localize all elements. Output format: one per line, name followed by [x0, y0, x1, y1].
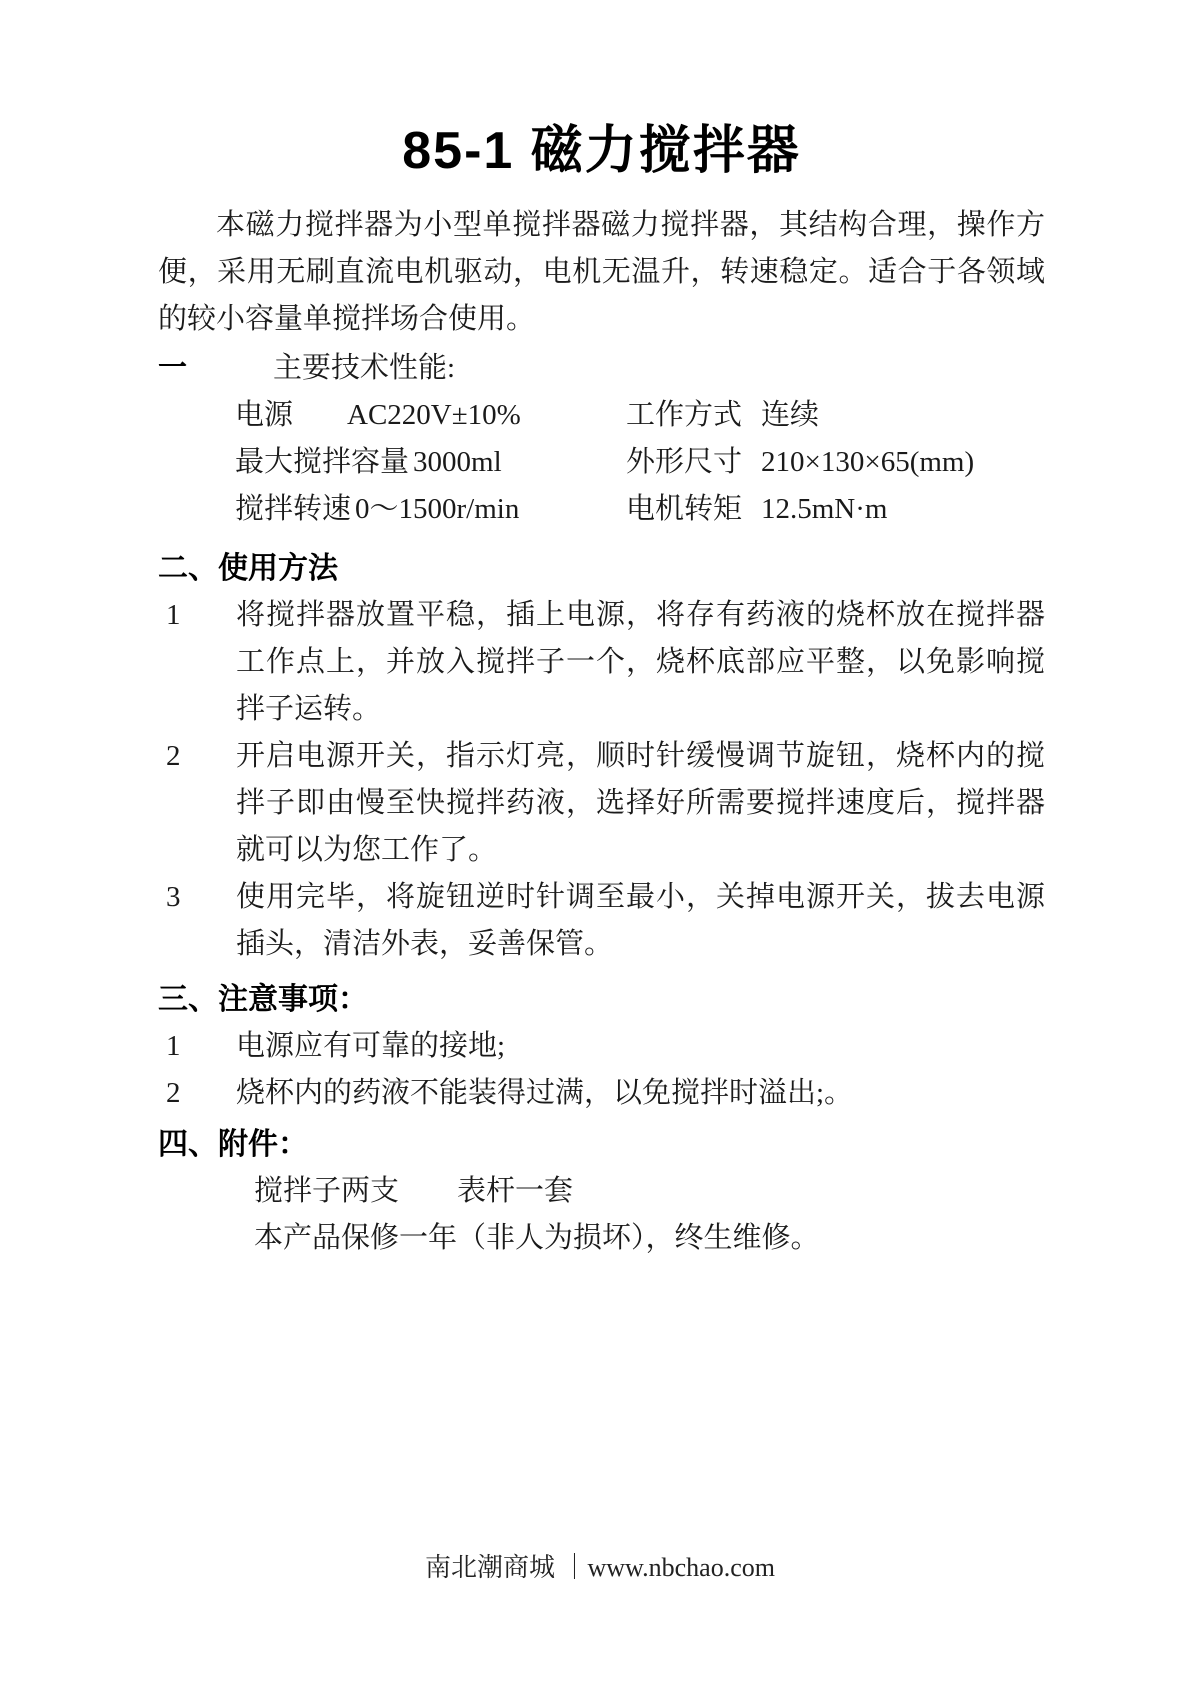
document-content: 85-1 磁力搅拌器 本磁力搅拌器为小型单搅拌器磁力搅拌器，其结构合理，操作方便… [158, 0, 1045, 1262]
item-number: 1 [166, 1023, 181, 1070]
section-usage-heading: 二、使用方法 [158, 545, 1045, 592]
section-specs-number: 一 [158, 345, 273, 392]
accessories-list-line: 搅拌子两支 表杆一套 [158, 1168, 1045, 1215]
section-specs-title: 主要技术性能: [273, 352, 455, 384]
spec-row: 最大搅拌容量 3000ml 外形尺寸 210×130×65(mm) [158, 439, 1045, 486]
spec-label: 工作方式 [626, 392, 761, 439]
spec-cell-right: 电机转矩 12.5mN·m [626, 486, 887, 533]
spec-label: 搅拌转速 [235, 486, 351, 533]
spec-cell-left: 电源 AC220V±10% [235, 392, 626, 439]
spec-value: 210×130×65(mm) [761, 439, 974, 486]
spec-row: 搅拌转速 0～1500r/min 电机转矩 12.5mN·m [158, 486, 1045, 533]
item-text: 电源应有可靠的接地; [236, 1030, 505, 1062]
spec-label: 最大搅拌容量 [235, 439, 409, 486]
spec-table: 电源 AC220V±10% 工作方式 连续 最大搅拌容量 3000ml 外形尺寸… [158, 392, 1045, 533]
note-item-1: 1 电源应有可靠的接地; [158, 1023, 1045, 1070]
page-title: 85-1 磁力搅拌器 [158, 120, 1045, 182]
item-number: 1 [166, 592, 181, 639]
spec-value: 12.5mN·m [761, 486, 887, 533]
item-number: 2 [166, 733, 181, 780]
item-text: 烧杯内的药液不能装得过满，以免搅拌时溢出;。 [236, 1077, 853, 1109]
spec-row: 电源 AC220V±10% 工作方式 连续 [158, 392, 1045, 439]
item-number: 2 [166, 1070, 181, 1117]
spec-value: 0～1500r/min [355, 486, 519, 533]
spec-value: 连续 [761, 392, 819, 439]
usage-item-1: 1 将搅拌器放置平稳，插上电源，将存有药液的烧杯放在搅拌器工作点上，并放入搅拌子… [158, 592, 1045, 733]
section-specs-heading: 一主要技术性能: [158, 345, 1045, 392]
spec-cell-left: 搅拌转速 0～1500r/min [235, 486, 626, 533]
warranty-line: 本产品保修一年（非人为损坏），终生维修。 [158, 1215, 1045, 1262]
note-item-2: 2 烧杯内的药液不能装得过满，以免搅拌时溢出;。 [158, 1070, 1045, 1117]
page-footer: 南北潮商城 ｜www.nbchao.com [0, 1548, 1200, 1588]
spec-label: 电机转矩 [626, 486, 761, 533]
item-text: 将搅拌器放置平稳，插上电源，将存有药液的烧杯放在搅拌器工作点上，并放入搅拌子一个… [236, 599, 1045, 725]
section-accessories-heading: 四、附件： [158, 1121, 1045, 1168]
document-page: 85-1 磁力搅拌器 本磁力搅拌器为小型单搅拌器磁力搅拌器，其结构合理，操作方便… [0, 0, 1200, 1697]
spec-value: AC220V±10% [347, 392, 521, 439]
spec-label: 电源 [235, 392, 343, 439]
spec-value: 3000ml [413, 439, 502, 486]
section-notes-heading: 三、注意事项： [158, 976, 1045, 1023]
usage-item-2: 2 开启电源开关，指示灯亮，顺时针缓慢调节旋钮，烧杯内的搅拌子即由慢至快搅拌药液… [158, 733, 1045, 874]
intro-paragraph: 本磁力搅拌器为小型单搅拌器磁力搅拌器，其结构合理，操作方便，采用无刷直流电机驱动… [158, 202, 1045, 343]
spec-cell-right: 外形尺寸 210×130×65(mm) [626, 439, 974, 486]
usage-item-3: 3 使用完毕，将旋钮逆时针调至最小，关掉电源开关，拔去电源插头，清洁外表，妥善保… [158, 874, 1045, 968]
spec-cell-left: 最大搅拌容量 3000ml [235, 439, 626, 486]
item-text: 开启电源开关，指示灯亮，顺时针缓慢调节旋钮，烧杯内的搅拌子即由慢至快搅拌药液，选… [236, 740, 1045, 866]
item-number: 3 [166, 874, 181, 921]
item-text: 使用完毕，将旋钮逆时针调至最小，关掉电源开关，拔去电源插头，清洁外表，妥善保管。 [236, 881, 1045, 960]
spec-cell-right: 工作方式 连续 [626, 392, 819, 439]
spec-label: 外形尺寸 [626, 439, 761, 486]
